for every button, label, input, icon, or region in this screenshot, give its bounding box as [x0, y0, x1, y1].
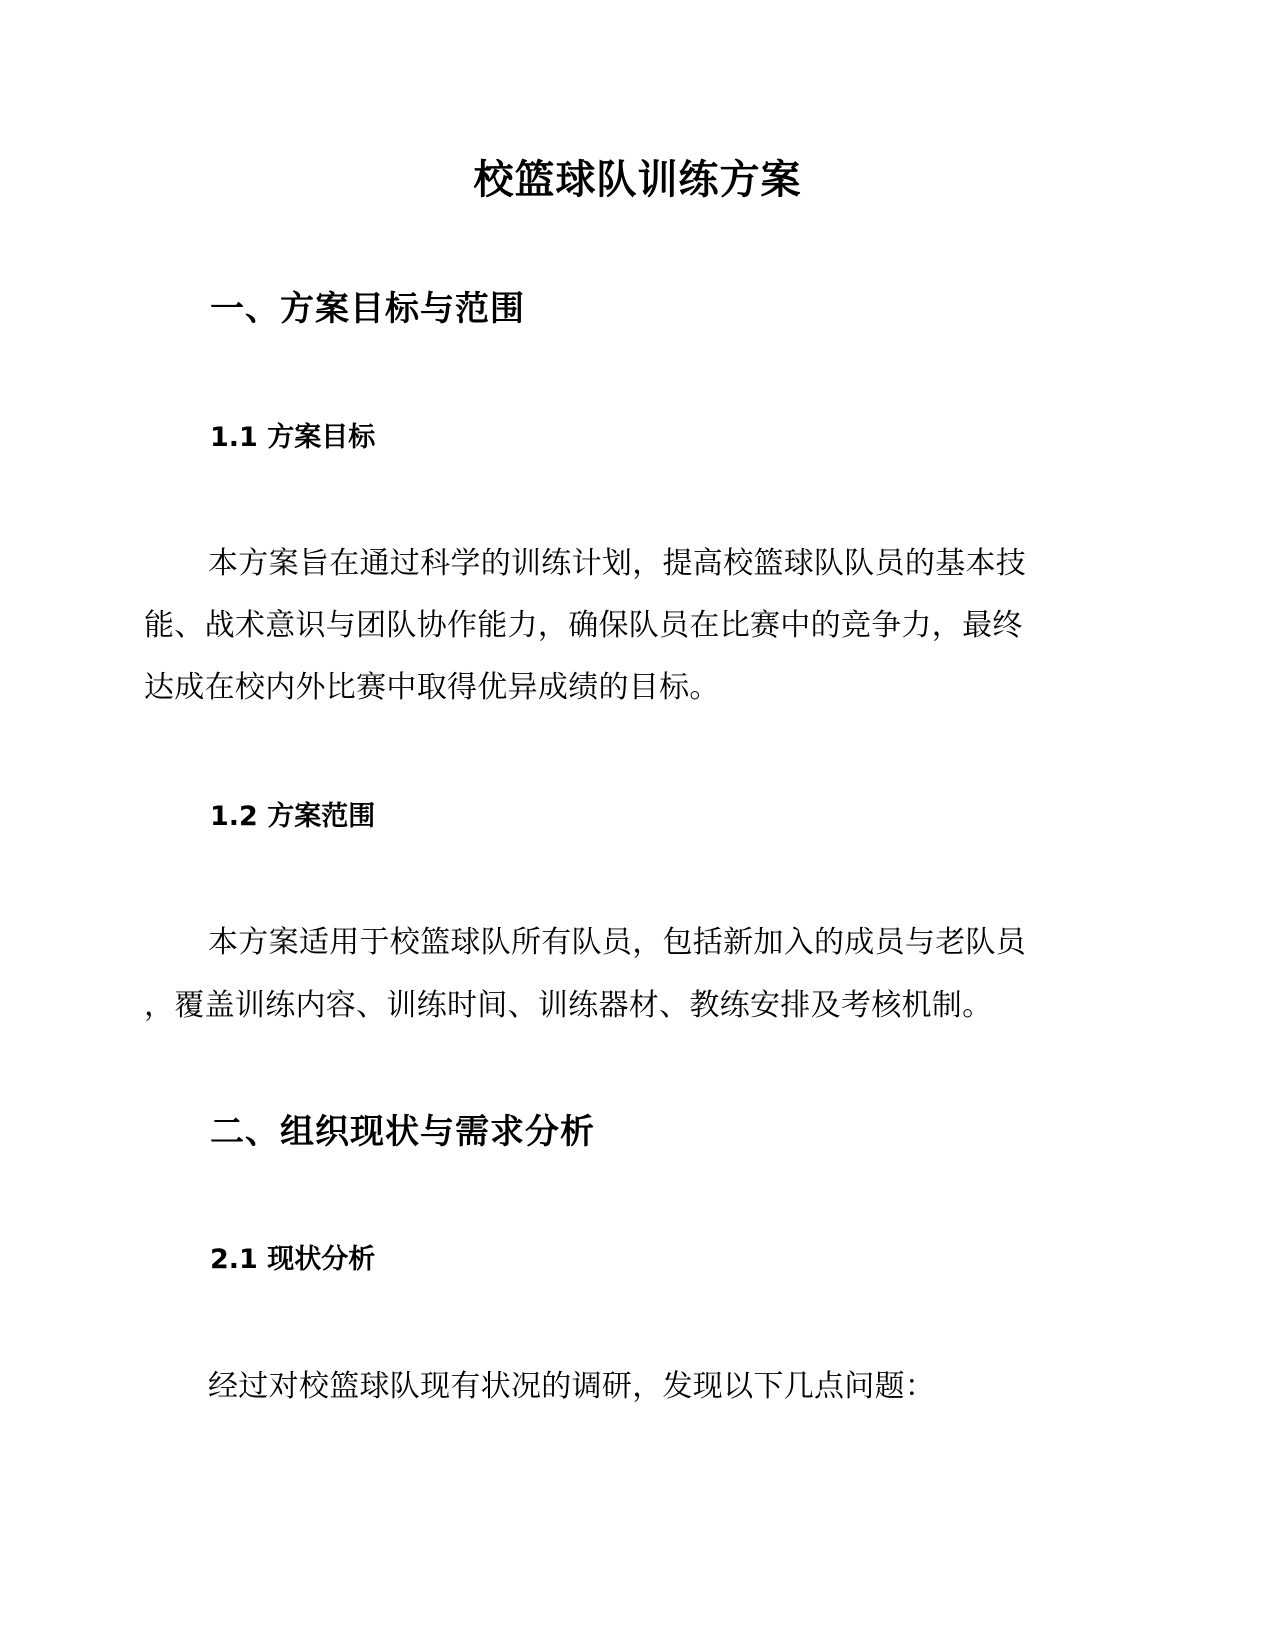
paragraph-1-1-line-2: 能、战术意识与团队协作能力，确保队员在比赛中的竞争力，最终	[144, 604, 1023, 648]
paragraph-1-2-line-2: ，覆盖训练内容、训练时间、训练器材、教练安排及考核机制。	[144, 984, 992, 1028]
section-heading-1: 一、方案目标与范围	[210, 284, 525, 334]
section-heading-2: 二、组织现状与需求分析	[210, 1107, 595, 1157]
document-title: 校篮球队训练方案	[0, 150, 1275, 210]
paragraph-1-2-line-1: 本方案适用于校篮球队所有队员，包括新加入的成员与老队员	[208, 921, 1026, 965]
paragraph-2-1-line-1: 经过对校篮球队现有状况的调研，发现以下几点问题：	[208, 1365, 935, 1409]
subsection-heading-1-1: 1.1 方案目标	[210, 418, 375, 458]
paragraph-1-1-line-1: 本方案旨在通过科学的训练计划，提高校篮球队队员的基本技	[208, 542, 1026, 586]
subsection-heading-1-2: 1.2 方案范围	[210, 797, 375, 837]
paragraph-1-1-line-3: 达成在校内外比赛中取得优异成绩的目标。	[144, 666, 720, 710]
subsection-heading-2-1: 2.1 现状分析	[210, 1240, 375, 1280]
